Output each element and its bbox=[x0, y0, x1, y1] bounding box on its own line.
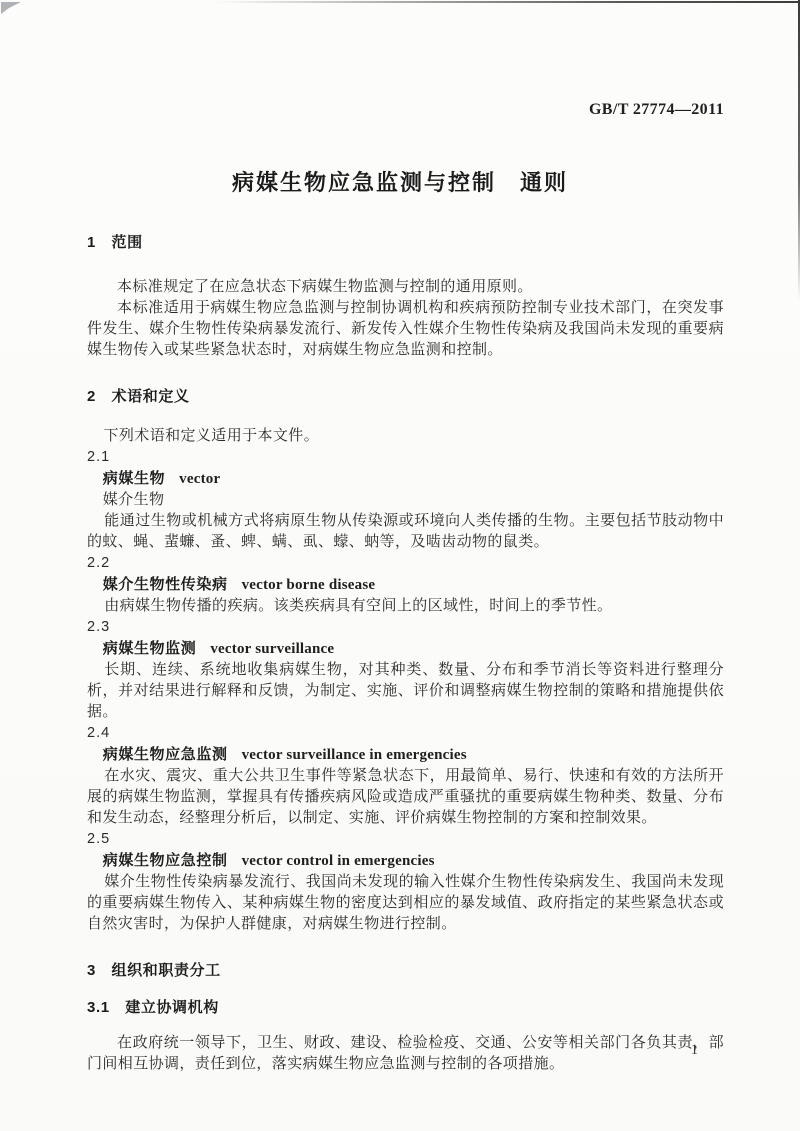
term-name-en: vector surveillance bbox=[210, 641, 334, 657]
term-name-zh: 病媒生物 bbox=[103, 470, 165, 487]
term-title: 病媒生物监测vector surveillance bbox=[87, 638, 724, 660]
term-name-zh: 病媒生物监测 bbox=[103, 640, 197, 657]
term-definition: 能通过生物或机械方式将病原生物从传染源或环境向人类传播的生物。主要包括节肢动物中… bbox=[87, 511, 724, 553]
term-entry-2-4: 2.4 病媒生物应急监测vector surveillance in emerg… bbox=[87, 723, 724, 829]
section-3-1-paragraph: 在政府统一领导下，卫生、财政、建设、检验检疫、交通、公安等相关部门各负其责，部门… bbox=[87, 1033, 724, 1075]
scan-edge-top bbox=[215, 1, 800, 3]
term-name-zh: 媒介生物性传染病 bbox=[103, 576, 228, 593]
term-entry-2-1: 2.1 病媒生物vector 媒介生物 能通过生物或机械方式将病原生物从传染源或… bbox=[87, 447, 724, 553]
section-3-heading: 3 组织和职责分工 bbox=[87, 961, 724, 981]
term-title: 媒介生物性传染病vector borne disease bbox=[87, 574, 724, 596]
page-number: 1 bbox=[691, 1042, 698, 1059]
section-1-paragraph-2: 本标准适用于病媒生物应急监测与控制协调机构和疾病预防控制专业技术部门，在突发事件… bbox=[87, 298, 724, 361]
term-definition: 在水灾、震灾、重大公共卫生事件等紧急状态下，用最简单、易行、快速和有效的方法所开… bbox=[87, 766, 724, 829]
section-3-1-heading: 3.1 建立协调机构 bbox=[87, 998, 724, 1018]
terms-intro: 下列术语和定义适用于本文件。 bbox=[87, 426, 724, 447]
term-name-en: vector bbox=[179, 471, 220, 487]
term-number: 2.4 bbox=[87, 723, 724, 744]
term-title: 病媒生物应急监测vector surveillance in emergenci… bbox=[87, 744, 724, 766]
term-number: 2.2 bbox=[87, 553, 724, 574]
term-alias: 媒介生物 bbox=[87, 490, 724, 511]
term-name-en: vector surveillance in emergencies bbox=[242, 747, 467, 763]
term-entry-2-2: 2.2 媒介生物性传染病vector borne disease 由病媒生物传播… bbox=[87, 553, 724, 617]
document-title: 病媒生物应急监测与控制 通则 bbox=[0, 166, 800, 197]
term-number: 2.1 bbox=[87, 447, 724, 468]
term-definition: 长期、连续、系统地收集病媒生物，对其种类、数量、分布和季节消长等资料进行整理分析… bbox=[87, 660, 724, 723]
section-2-heading: 2 术语和定义 bbox=[87, 387, 724, 407]
term-entry-2-5: 2.5 病媒生物应急控制vector control in emergencie… bbox=[87, 829, 724, 935]
term-name-en: vector borne disease bbox=[242, 577, 376, 593]
section-1-heading: 1 范围 bbox=[87, 233, 724, 253]
term-name-en: vector control in emergencies bbox=[242, 853, 435, 869]
term-title: 病媒生物应急控制vector control in emergencies bbox=[87, 850, 724, 872]
standard-number: GB/T 27774—2011 bbox=[589, 101, 724, 119]
term-definition: 由病媒生物传播的疾病。该类疾病具有空间上的区域性，时间上的季节性。 bbox=[87, 596, 724, 617]
term-number: 2.5 bbox=[87, 829, 724, 850]
term-number: 2.3 bbox=[87, 617, 724, 638]
section-1-paragraph-1: 本标准规定了在应急状态下病媒生物监测与控制的通用原则。 bbox=[87, 277, 724, 298]
term-name-zh: 病媒生物应急监测 bbox=[103, 746, 228, 763]
term-entry-2-3: 2.3 病媒生物监测vector surveillance 长期、连续、系统地收… bbox=[87, 617, 724, 723]
term-title: 病媒生物vector bbox=[87, 468, 724, 490]
document-page: GB/T 27774—2011 病媒生物应急监测与控制 通则 1 范围 本标准规… bbox=[0, 0, 800, 1131]
scan-corner-mark bbox=[1, 2, 21, 14]
document-body: 1 范围 本标准规定了在应急状态下病媒生物监测与控制的通用原则。 本标准适用于病… bbox=[87, 225, 724, 1075]
term-name-zh: 病媒生物应急控制 bbox=[103, 852, 228, 869]
term-definition: 媒介生物性传染病暴发流行、我国尚未发现的输入性媒介生物性传染病发生、我国尚未发现… bbox=[87, 872, 724, 935]
